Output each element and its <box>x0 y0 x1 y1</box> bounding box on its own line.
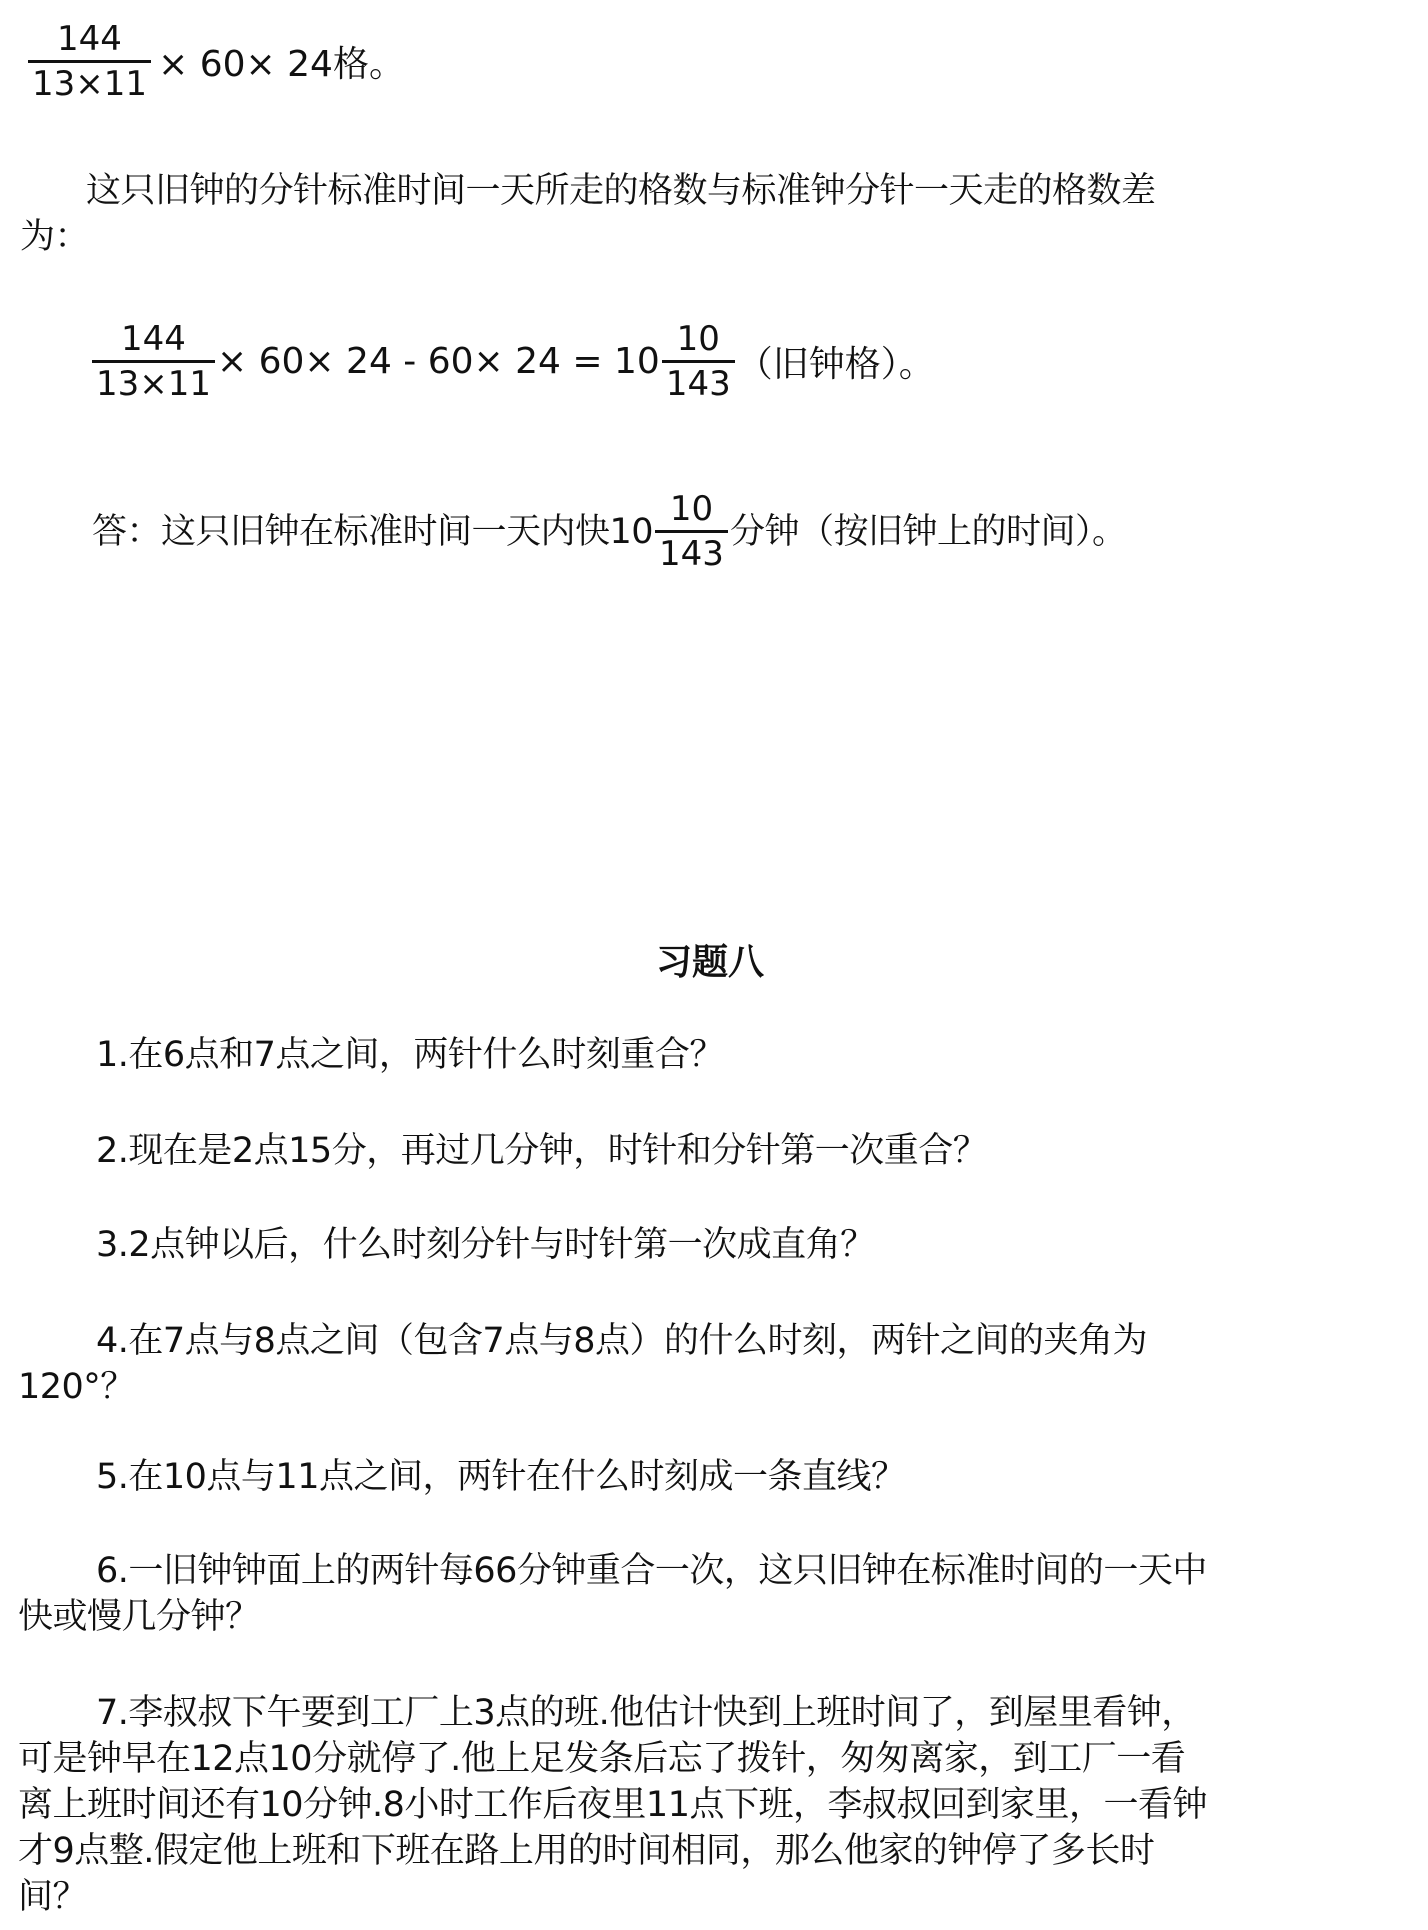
exercise-item-7-line3: 离上班时间还有10分钟.8小时工作后夜里11点下班，李叔叔回到家里，一看钟 <box>18 1782 1207 1828</box>
exercise-item-6-line1: 6.一旧钟钟面上的两针每66分钟重合一次，这只旧钟在标准时间的一天中 <box>96 1548 1207 1594</box>
formula-rest: × 60× 24格。 <box>158 36 405 87</box>
fraction-144-over-143: 144 13×11 <box>92 318 215 405</box>
answer-suffix: 分钟（按旧钟上的时间）。 <box>730 509 1127 555</box>
paragraph-difference-line1: 这只旧钟的分针标准时间一天所走的格数与标准钟分针一天走的格数差 <box>86 168 1156 214</box>
formula-grid-count: 144 13×11 × 60× 24格。 <box>26 18 405 105</box>
fraction-144-over-143: 144 13×11 <box>28 18 151 105</box>
formula-unit: （旧钟格）。 <box>737 336 935 387</box>
answer-prefix: 答：这只旧钟在标准时间一天内快10 <box>92 509 653 555</box>
paragraph-difference-line2: 为： <box>20 214 89 260</box>
exercise-item-7-line5: 间？ <box>18 1874 87 1920</box>
exercise-item-2: 2.现在是2点15分，再过几分钟，时针和分针第一次重合？ <box>96 1128 987 1174</box>
answer-line: 答：这只旧钟在标准时间一天内快10 10 143 分钟（按旧钟上的时间）。 <box>92 488 1126 575</box>
exercise-item-7-line2: 可是钟早在12点10分就停了.他上足发条后忘了拨针，匆匆离家，到工厂一看 <box>18 1736 1185 1782</box>
exercise-item-5: 5.在10点与11点之间，两针在什么时刻成一条直线？ <box>96 1454 905 1500</box>
formula-difference: 144 13×11 × 60× 24 - 60× 24 = 10 10 143 … <box>90 318 935 405</box>
fraction-10-over-143: 10 143 <box>655 488 728 575</box>
exercise-section-title: 习题八 <box>656 934 764 985</box>
exercise-item-4-line2: 120°？ <box>18 1364 135 1410</box>
exercise-item-4-line1: 4.在7点与8点之间（包含7点与8点）的什么时刻，两针之间的夹角为 <box>96 1318 1147 1364</box>
exercise-item-7-line4: 才9点整.假定他上班和下班在路上用的时间相同，那么他家的钟停了多长时 <box>18 1828 1154 1874</box>
exercise-item-6-line2: 快或慢几分钟？ <box>18 1594 260 1640</box>
fraction-10-over-143: 10 143 <box>662 318 735 405</box>
exercise-item-7-line1: 7.李叔叔下午要到工厂上3点的班.他估计快到上班时间了，到屋里看钟， <box>96 1690 1196 1736</box>
formula-middle: × 60× 24 - 60× 24 = 10 <box>217 341 660 382</box>
exercise-item-3: 3.2点钟以后，什么时刻分针与时针第一次成直角？ <box>96 1222 875 1268</box>
exercise-item-1: 1.在6点和7点之间，两针什么时刻重合？ <box>96 1032 724 1078</box>
